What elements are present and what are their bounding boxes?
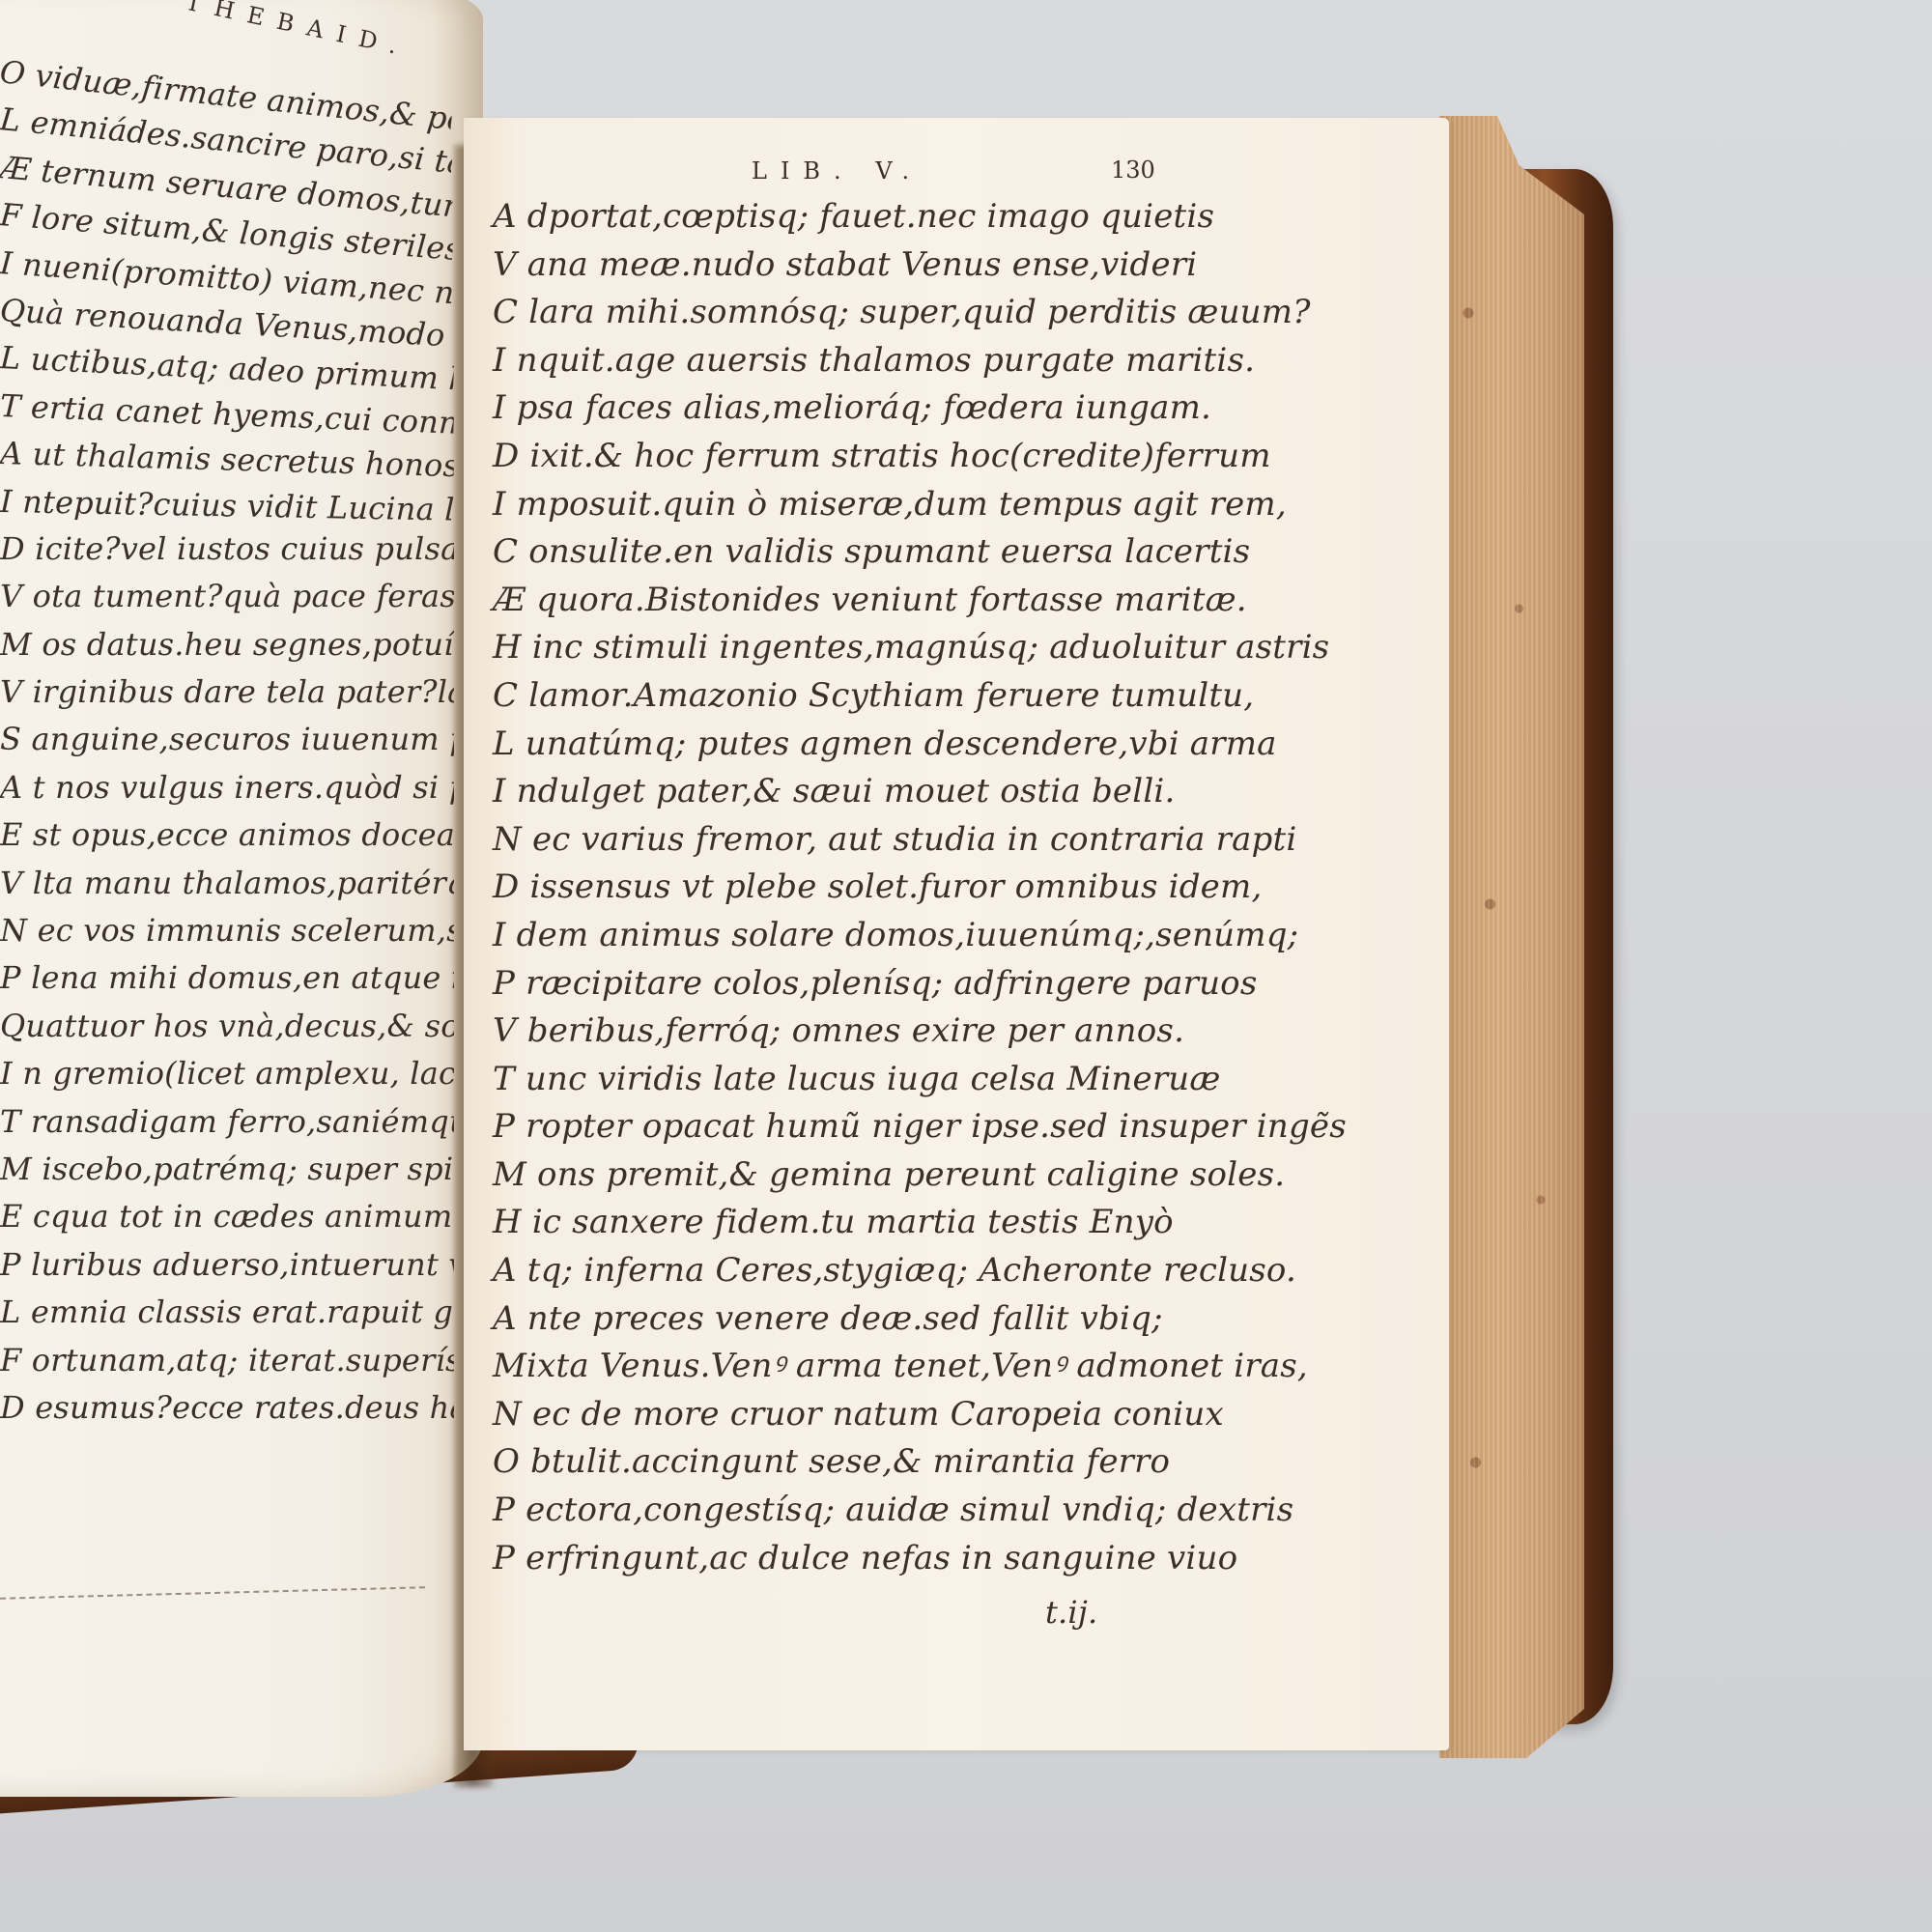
text-line: T unc viridis late lucus iuga celsa Mine… <box>493 1056 1347 1104</box>
text-line: P lena mihi domus,en atque ingens cernit… <box>0 954 454 1002</box>
text-line: H ic sanxere fidem.tu martia testis Enyò <box>493 1199 1347 1247</box>
text-line: V lta manu thalamos,paritérq; epulata ma… <box>0 860 454 907</box>
text-line: D esumus?ecce rates.deus has,deus vltor … <box>0 1384 454 1432</box>
text-line: M os datus.heu segnes,potuítne vltricia <box>0 621 454 668</box>
text-line: M ons premit,& gemina pereunt caligine s… <box>493 1151 1347 1200</box>
text-line: Mixta Venus.Venꝰ arma tenet,Venꝰ admonet… <box>493 1343 1347 1391</box>
text-line: S anguine,securos iuuenum perfundere som… <box>0 716 454 763</box>
text-line: P ræcipitare colos,plenísq; adfringere p… <box>493 960 1347 1009</box>
left-page-text: O viduæ,firmate animos,& pellite sexum L… <box>0 48 454 1432</box>
text-line: T ransadigam ferro,saniémque, & vulnera <box>0 1098 454 1146</box>
text-line: D issensus vt plebe solet.furor omnibus … <box>493 864 1347 912</box>
right-page-text: A dportat,cœptisq; fauet.nec imago quiet… <box>493 193 1347 1582</box>
page-number: 130 <box>1111 156 1155 184</box>
text-line: E cqua tot in cædes animum promittit?age… <box>0 1193 454 1240</box>
text-line: E st opus,ecce animos doceat Rhodopeia c… <box>0 811 454 859</box>
text-line: I ndulget pater,& sæui mouet ostia belli… <box>493 768 1347 816</box>
text-line: P ectora,congestísq; auidæ simul vndiq; … <box>493 1487 1347 1535</box>
text-line: V beribus,ferróq; omnes exire per annos. <box>493 1008 1347 1056</box>
text-line: N ec de more cruor natum Caropeia coniux <box>493 1391 1347 1439</box>
text-line: I nquit.age auersis thalamos purgate mar… <box>493 337 1347 385</box>
right-running-head: LIB. V. <box>752 157 923 185</box>
text-line: Æ quora.Bistonides veniunt fortasse mari… <box>493 577 1347 625</box>
text-line: A tq; inferna Ceres,stygiæq; Acheronte r… <box>493 1247 1347 1295</box>
text-line: I ntepuit?cuius vidit Lucina labores <box>0 478 454 534</box>
signature-mark: t.ij. <box>1045 1594 1097 1631</box>
text-line: P ropter opacat humũ niger ipse.sed insu… <box>493 1103 1347 1151</box>
text-line: C lara mihi.somnósq; super,quid perditis… <box>493 289 1347 337</box>
text-line: I psa faces alias,melioráq; fœdera iunga… <box>493 384 1347 433</box>
text-line: F ortunam,atq; iterat.superísne vocantib… <box>0 1337 454 1384</box>
text-line: I mposuit.quin ò miseræ,dum tempus agit … <box>493 481 1347 529</box>
book-photo: THEBAID. O viduæ,firmate animos,& pellit… <box>0 0 1932 1932</box>
text-line: I dem animus solare domos,iuuenúmq;,senú… <box>493 912 1347 960</box>
text-line: A t nos vulgus iners.quòd si propioribus… <box>0 764 454 811</box>
bottom-rule <box>0 1586 425 1600</box>
text-line: V irginibus dare tela pater?lætúsq; dolo… <box>0 668 454 716</box>
text-line: O btulit.accingunt sese,& mirantia ferro <box>493 1438 1347 1487</box>
left-page: THEBAID. O viduæ,firmate animos,& pellit… <box>0 0 483 1797</box>
text-line: N ec vos immunis scelerum,securáve cogo <box>0 907 454 954</box>
text-line: L emnia classis erat.rapuit gauisa Polyx… <box>0 1289 454 1336</box>
text-line: M iscebo,patrémq; super spirantibus adda… <box>0 1146 454 1193</box>
text-line: P luribus aduerso,intuerunt vela profund… <box>0 1241 454 1289</box>
text-line: V ana meæ.nudo stabat Venus ense,videri <box>493 241 1347 290</box>
text-line: A nte preces venere deæ.sed fallit vbiq; <box>493 1295 1347 1344</box>
page-fore-edge <box>1439 116 1584 1758</box>
text-line: N ec varius fremor, aut studia in contra… <box>493 816 1347 865</box>
text-line: V ota tument?quà pace feras,volucrésq; <box>0 573 454 620</box>
text-line: P erfringunt,ac dulce nefas in sanguine … <box>493 1535 1347 1583</box>
text-line: A dportat,cœptisq; fauet.nec imago quiet… <box>493 193 1347 241</box>
text-line: Quattuor hos vnà,decus,& solatia patris <box>0 1003 454 1050</box>
text-line: C onsulite.en validis spumant euersa lac… <box>493 528 1347 577</box>
text-line: I n gremio(licet amplexu, lachrymisque m… <box>0 1050 454 1097</box>
text-line: H inc stimuli ingentes,magnúsq; aduoluit… <box>493 624 1347 672</box>
text-line: L unatúmq; putes agmen descendere,vbi ar… <box>493 721 1347 769</box>
text-line: C lamor.Amazonio Scythiam feruere tumult… <box>493 672 1347 721</box>
text-line: D ixit.& hoc ferrum stratis hoc(credite)… <box>493 433 1347 481</box>
